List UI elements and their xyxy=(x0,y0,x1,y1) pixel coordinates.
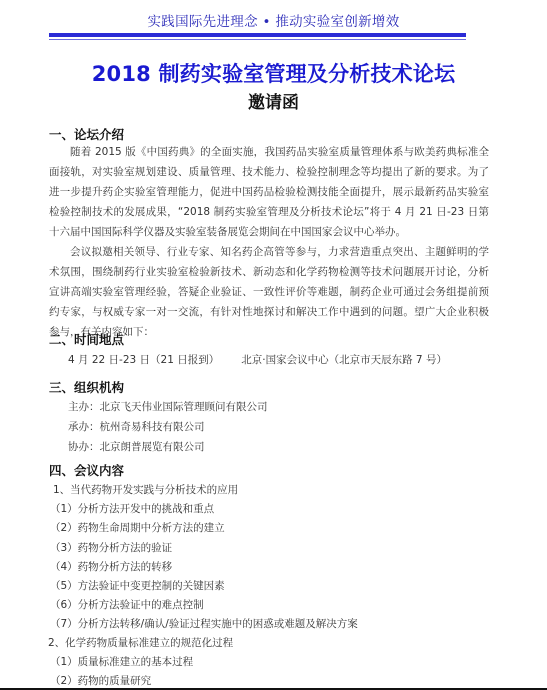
time-place-line: 4 月 22 日-23 日（21 日报到）北京·国家会议中心（北京市天辰东路 7… xyxy=(68,352,447,367)
section-heading-organizers: 三、组织机构 xyxy=(49,378,124,396)
content-subtopic: （5）方法验证中变更控制的关键因素 xyxy=(50,578,225,593)
header-divider-thick xyxy=(49,33,466,37)
header-divider-thin xyxy=(49,39,466,40)
content-subtopic: （7）分析方法转移/确认/验证过程实施中的困惑或难题及解决方案 xyxy=(50,616,358,631)
content-subtopic: （1）分析方法开发中的挑战和重点 xyxy=(50,501,214,516)
event-venue: 北京·国家会议中心（北京市天辰东路 7 号） xyxy=(241,354,447,366)
intro-paragraph-2: 会议拟邀相关领导、行业专家、知名药企高管等参与，力求营造重点突出、主题鲜明的学术… xyxy=(49,242,489,342)
content-topic-2: 2、化学药物质量标准建立的规范化过程 xyxy=(48,635,233,650)
document-subtitle: 邀请函 xyxy=(0,88,547,113)
section-heading-content: 四、会议内容 xyxy=(49,461,124,479)
organizer-host: 主办：北京飞天伟业国际管理顾问有限公司 xyxy=(68,399,268,414)
intro-paragraph-1: 随着 2015 版《中国药典》的全面实施，我国药品实验室质量管理体系与欧美药典标… xyxy=(49,142,489,242)
event-date: 4 月 22 日-23 日（21 日报到） xyxy=(68,354,219,366)
content-subtopic: （1）质量标准建立的基本过程 xyxy=(50,654,193,669)
content-subtopic: （4）药物分析方法的转移 xyxy=(50,559,172,574)
section-heading-time-place: 二、时间地点 xyxy=(49,330,124,348)
header-slogan: 实践国际先进理念 • 推动实验室创新增效 xyxy=(0,10,547,30)
content-subtopic: （3）药物分析方法的验证 xyxy=(50,540,172,555)
document-title: 2018 制药实验室管理及分析技术论坛 xyxy=(0,58,547,88)
content-subtopic: （2）药物生命周期中分析方法的建立 xyxy=(50,520,225,535)
content-subtopic: （2）药物的质量研究 xyxy=(50,673,151,688)
organizer-co-organizer: 协办：北京朗普展览有限公司 xyxy=(68,439,205,454)
content-subtopic: （6）分析方法验证中的难点控制 xyxy=(50,597,204,612)
section-heading-intro: 一、论坛介绍 xyxy=(49,125,124,143)
organizer-undertaker: 承办：杭州奇易科技有限公司 xyxy=(68,419,205,434)
content-topic-1: 1、当代药物开发实践与分析技术的应用 xyxy=(53,482,238,497)
invitation-document: 实践国际先进理念 • 推动实验室创新增效 2018 制药实验室管理及分析技术论坛… xyxy=(0,0,547,688)
